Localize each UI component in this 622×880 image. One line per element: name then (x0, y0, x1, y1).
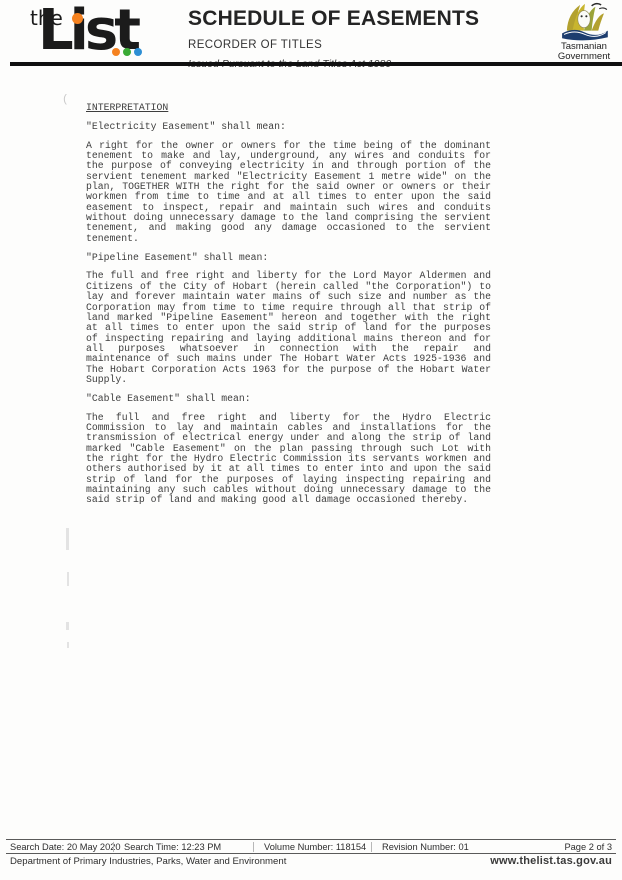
volume-number: Volume Number: 118154 (253, 842, 371, 852)
search-date: Search Date: 20 May 2020 (6, 842, 113, 852)
thelist-logo: the List (0, 0, 170, 62)
interpretation-heading: INTERPRETATION (86, 103, 491, 113)
electricity-easement-paragraph: A right for the owner or owners for the … (86, 141, 491, 244)
scan-smudge (67, 572, 69, 586)
tasmanian-government-logo: Tasmanian Government (550, 2, 618, 62)
header-subtitle: RECORDER OF TITLES (188, 39, 479, 51)
scan-smudge (66, 528, 69, 550)
page-title: SCHEDULE OF EASEMENTS (188, 7, 479, 31)
scan-smudge (66, 622, 69, 630)
department-name: Department of Primary Industries, Parks,… (10, 856, 286, 867)
electricity-easement-term: "Electricity Easement" shall mean: (86, 122, 491, 132)
cable-easement-term: "Cable Easement" shall mean: (86, 394, 491, 404)
search-time: Search Time: 12:23 PM (113, 842, 253, 852)
page-indicator: Page 2 of 3 (521, 842, 616, 852)
footer-info-row: Search Date: 20 May 2020 Search Time: 12… (6, 840, 616, 853)
logo-i-dot (72, 13, 83, 24)
revision-number: Revision Number: 01 (371, 842, 521, 852)
header-divider-bar (10, 62, 622, 66)
logo-dot-orange (112, 48, 120, 56)
scan-artifact-mark: ( (62, 94, 69, 106)
document-body: INTERPRETATION "Electricity Easement" sh… (86, 103, 491, 514)
pipeline-easement-term: "Pipeline Easement" shall mean: (86, 253, 491, 263)
logo-dot-blue (134, 48, 142, 56)
tasgov-text-line2: Government (550, 52, 618, 62)
schedule-of-easements-page: the List SCHEDULE OF EASEMENTS RECORDER … (0, 0, 622, 880)
cable-easement-paragraph: The full and free right and liberty for … (86, 413, 491, 506)
tasmanian-government-crest-icon (555, 2, 613, 42)
scan-smudge (67, 642, 69, 648)
website-url: www.thelist.tas.gov.au (490, 855, 612, 867)
pipeline-easement-paragraph: The full and free right and liberty for … (86, 271, 491, 385)
header-text-block: SCHEDULE OF EASEMENTS RECORDER OF TITLES… (188, 7, 479, 70)
logo-ellipsis-dots (112, 48, 142, 56)
footer-bottom-rule (6, 853, 616, 854)
logo-dot-green (123, 48, 131, 56)
